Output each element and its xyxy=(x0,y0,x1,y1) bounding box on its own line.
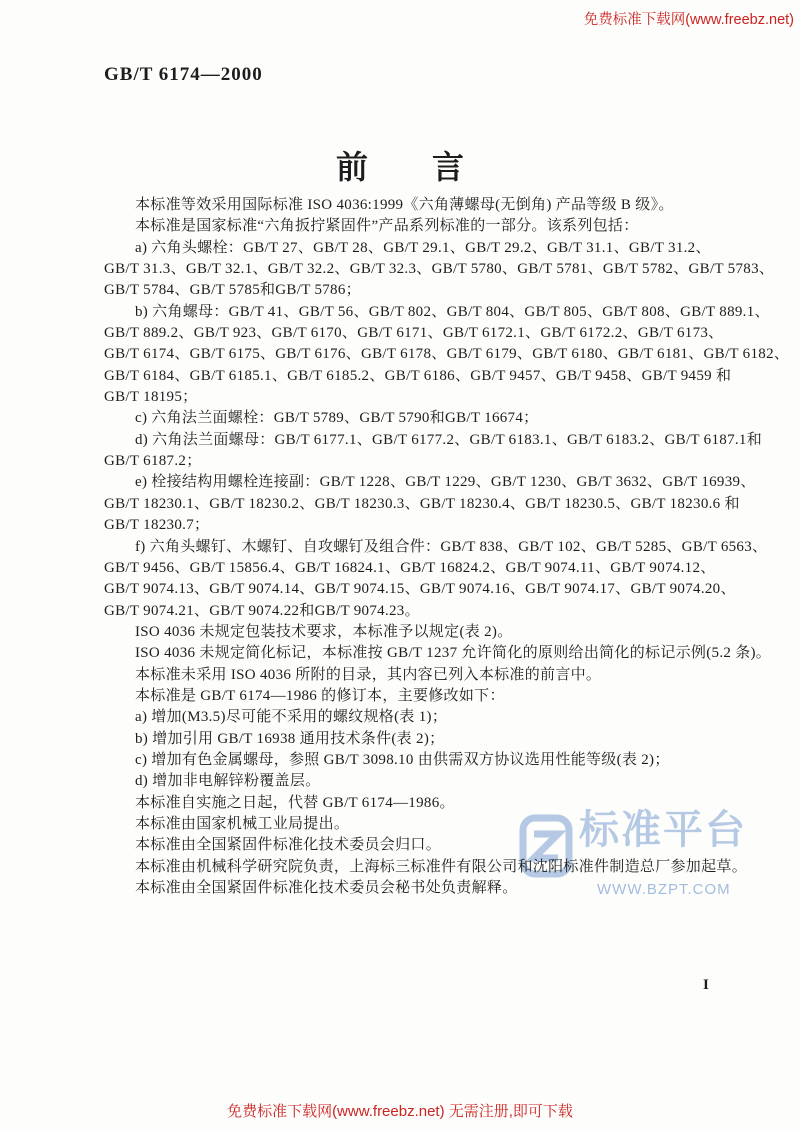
text-line: 本标准由机械科学研究院负责，上海标三标准件有限公司和沈阳标准件制造总厂参加起草。 xyxy=(104,857,700,878)
text-line: ISO 4036 未规定简化标记，本标准按 GB/T 1237 允许简化的原则给… xyxy=(104,643,700,664)
text-line: b) 六角螺母：GB/T 41、GB/T 56、GB/T 802、GB/T 80… xyxy=(104,302,700,323)
bottom-download-banner: 免费标准下载网(www.freebz.net) 无需注册,即可下载 xyxy=(0,1100,800,1121)
text-line: 本标准由全国紧固件标准化技术委员会归口。 xyxy=(104,835,700,856)
text-line: GB/T 6184、GB/T 6185.1、GB/T 6185.2、GB/T 6… xyxy=(104,366,700,387)
text-line: GB/T 9456、GB/T 15856.4、GB/T 16824.1、GB/T… xyxy=(104,558,700,579)
text-line: 本标准是 GB/T 6174—1986 的修订本，主要修改如下： xyxy=(104,686,700,707)
text-line: 本标准由全国紧固件标准化技术委员会秘书处负责解释。 xyxy=(104,878,700,899)
foreword-title: 前 言 xyxy=(0,142,800,188)
text-line: a) 增加(M3.5)尽可能不采用的螺纹规格(表 1)； xyxy=(104,707,700,728)
body-text: 本标准等效采用国际标准 ISO 4036:1999《六角薄螺母(无倒角) 产品等… xyxy=(104,195,700,899)
text-line: GB/T 9074.21、GB/T 9074.22和GB/T 9074.23。 xyxy=(104,601,700,622)
text-line: c) 六角法兰面螺栓：GB/T 5789、GB/T 5790和GB/T 1667… xyxy=(104,408,700,429)
text-line: 本标准自实施之日起，代替 GB/T 6174—1986。 xyxy=(104,793,700,814)
text-line: e) 栓接结构用螺栓连接副：GB/T 1228、GB/T 1229、GB/T 1… xyxy=(104,472,700,493)
text-line: GB/T 18195； xyxy=(104,387,700,408)
text-line: GB/T 18230.7； xyxy=(104,515,700,536)
foreword-title-char2: 言 xyxy=(432,142,464,188)
text-line: GB/T 31.3、GB/T 32.1、GB/T 32.2、GB/T 32.3、… xyxy=(104,259,700,280)
foreword-title-char1: 前 xyxy=(336,142,368,188)
document-page: 免费标准下载网(www.freebz.net) GB/T 6174—2000 前… xyxy=(0,0,800,1130)
text-line: 本标准由国家机械工业局提出。 xyxy=(104,814,700,835)
page-number: I xyxy=(703,977,709,994)
text-line: GB/T 6174、GB/T 6175、GB/T 6176、GB/T 6178、… xyxy=(104,344,700,365)
text-line: d) 增加非电解锌粉覆盖层。 xyxy=(104,771,700,792)
text-line: 本标准未采用 ISO 4036 所附的目录，其内容已列入本标准的前言中。 xyxy=(104,665,700,686)
text-line: GB/T 889.2、GB/T 923、GB/T 6170、GB/T 6171、… xyxy=(104,323,700,344)
text-line: a) 六角头螺栓：GB/T 27、GB/T 28、GB/T 29.1、GB/T … xyxy=(104,238,700,259)
text-line: d) 六角法兰面螺母：GB/T 6177.1、GB/T 6177.2、GB/T … xyxy=(104,430,700,451)
text-line: GB/T 6187.2； xyxy=(104,451,700,472)
text-line: 本标准等效采用国际标准 ISO 4036:1999《六角薄螺母(无倒角) 产品等… xyxy=(104,195,700,216)
text-line: GB/T 9074.13、GB/T 9074.14、GB/T 9074.15、G… xyxy=(104,579,700,600)
standard-number: GB/T 6174—2000 xyxy=(104,64,263,86)
text-line: c) 增加有色金属螺母，参照 GB/T 3098.10 由供需双方协议选用性能等… xyxy=(104,750,700,771)
text-line: ISO 4036 未规定包装技术要求，本标准予以规定(表 2)。 xyxy=(104,622,700,643)
text-line: GB/T 5784、GB/T 5785和GB/T 5786； xyxy=(104,280,700,301)
text-line: b) 增加引用 GB/T 16938 通用技术条件(表 2)； xyxy=(104,729,700,750)
text-line: GB/T 18230.1、GB/T 18230.2、GB/T 18230.3、G… xyxy=(104,494,700,515)
text-line: f) 六角头螺钉、木螺钉、自攻螺钉及组合件：GB/T 838、GB/T 102、… xyxy=(104,537,700,558)
text-line: 本标准是国家标准“六角扳拧紧固件”产品系列标准的一部分。该系列包括： xyxy=(104,216,700,237)
top-download-banner: 免费标准下载网(www.freebz.net) xyxy=(584,8,794,29)
